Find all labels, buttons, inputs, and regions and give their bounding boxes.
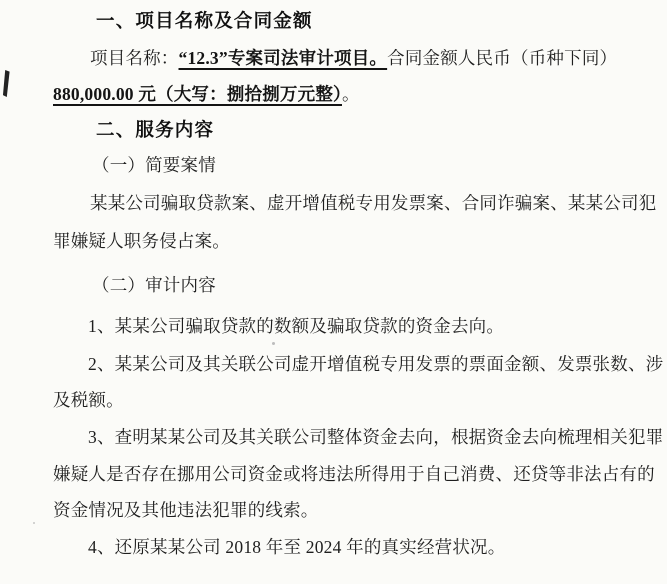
audit-item-1: 1、某某公司骗取贷款的数额及骗取贷款的资金去向。 [88, 316, 504, 336]
case-summary-line1: 某某公司骗取贷款案、虚开增值税专用发票案、合同诈骗案、某某公司犯 [90, 193, 656, 213]
scan-speck [272, 342, 275, 345]
contract-amount-suffix: 。 [342, 84, 360, 104]
section2-heading: 二、服务内容 [96, 121, 214, 141]
document-page: 一、项目名称及合同金额 项目名称：“12.3”专案司法审计项目。合同金额人民币（… [0, 0, 667, 584]
project-name-value: “12.3”专案司法审计项目。 [179, 48, 388, 68]
amount-intro: 合同金额人民币（币种下同） [387, 48, 617, 68]
audit-item-3-line3: 资金情况及其他违法犯罪的线索。 [53, 500, 319, 520]
case-summary-line2: 罪嫌疑人职务侵占案。 [53, 231, 230, 251]
audit-item-2-line1: 2、某某公司及其关联公司虚开增值税专用发票的票面金额、发票张数、涉 [88, 354, 663, 374]
scan-edge-artifact [2, 70, 10, 97]
audit-item-2-line2: 及税额。 [53, 390, 124, 410]
contract-amount-line: 880,000.00 元（大写：捌拾捌万元整）。 [53, 84, 360, 104]
section1-heading: 一、项目名称及合同金额 [96, 12, 313, 32]
subsection1-heading: （一）简要案情 [92, 155, 216, 175]
audit-item-3-line2: 嫌疑人是否存在挪用公司资金或将违法所得用于自己消费、还贷等非法占有的 [53, 464, 655, 484]
project-name-label: 项目名称： [90, 48, 179, 68]
subsection2-heading: （二）审计内容 [92, 275, 216, 295]
contract-amount-value: 880,000.00 元（大写：捌拾捌万元整） [53, 84, 342, 104]
scan-speck [33, 522, 35, 524]
audit-item-3-line1: 3、查明某某公司及其关联公司整体资金去向，根据资金去向梳理相关犯罪 [88, 427, 663, 447]
audit-item-4: 4、还原某某公司 2018 年至 2024 年的真实经营状况。 [88, 537, 505, 557]
project-name-line: 项目名称：“12.3”专案司法审计项目。合同金额人民币（币种下同） [90, 48, 617, 68]
